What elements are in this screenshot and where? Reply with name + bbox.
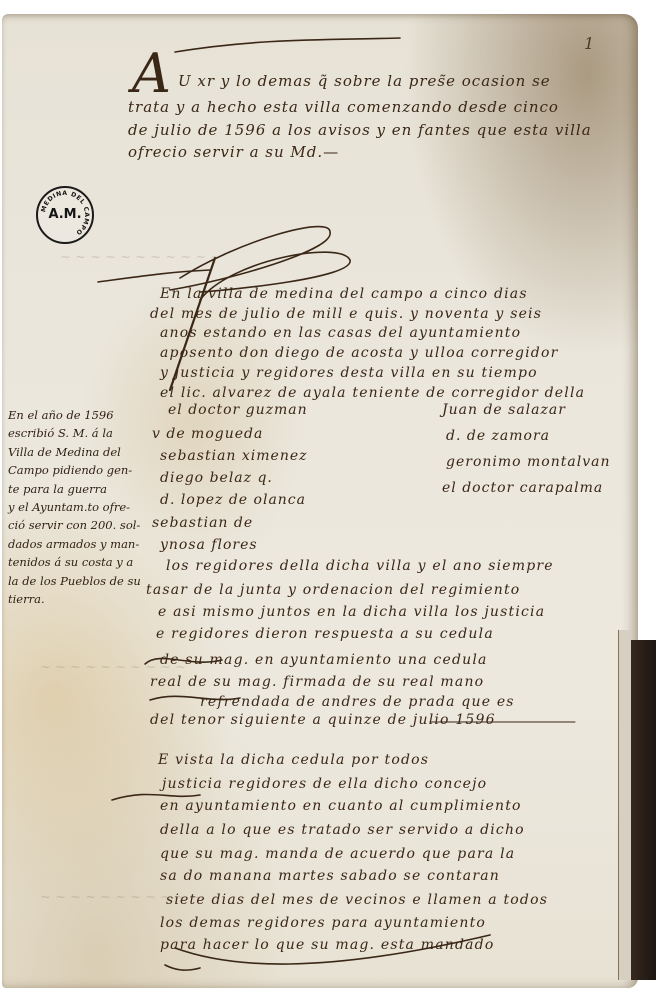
body-line: e asi mismo juntos en la dicha villa los… [158,604,545,620]
body-line: y justicia y regidores desta villa en su… [160,365,538,381]
heading-line: ofrecio servir a su Md.— [128,143,339,161]
folio-number: 1 [584,34,594,53]
attendee-name: ynosa flores [160,537,258,553]
heading-line: de julio de 1596 a los avisos y en fante… [128,121,592,139]
heading-line: trata y a hecho esta villa comenzando de… [128,98,559,116]
body-line: de su mag. en ayuntamiento una cedula [160,652,488,668]
body-line: real de su mag. firmada de su real mano [150,674,484,690]
attendee-name: d. lopez de olanca [160,492,306,508]
attendee-name: v de mogueda [152,426,263,442]
body-line: della a lo que es tratado ser servido a … [160,822,525,838]
body-line: justicia regidores de ella dicho concejo [162,776,487,792]
attendee-name: geronimo montalvan [446,454,610,470]
archive-stamp: MEDINA DEL CAMPO A.M. [36,186,94,244]
body-line: del tenor siguiente a quinze de julio 15… [150,712,496,728]
attendee-name: sebastian ximenez [160,448,308,464]
margin-line: ció servir con 200. sol- [8,516,148,534]
margin-line: tierra. [8,590,148,608]
attendee-name: diego belaz q. [160,470,273,486]
margin-line: escribió S. M. á la [8,424,148,442]
margin-line: y el Ayuntam.to ofre- [8,498,148,516]
body-line: los demas regidores para ayuntamiento [160,915,486,931]
margin-line: Villa de Medina del [8,443,148,461]
margin-line: te para la guerra [8,480,148,498]
body-line: E vista la dicha cedula por todos [158,752,429,768]
margin-line: Campo pidiendo gen- [8,461,148,479]
body-line: que su mag. manda de acuerdo que para la [160,846,515,862]
stamp-initials: A.M. [38,207,92,222]
body-line: en ayuntamiento en cuanto al cumplimient… [160,798,522,814]
attendee-name: Juan de salazar [442,402,566,418]
body-line: del mes de julio de mill e quis. y noven… [150,306,542,322]
attendee-name: sebastian de [152,515,253,531]
margin-line: la de los Pueblos de su [8,572,148,590]
margin-annotation: En el año de 1596 escribió S. M. á la Vi… [8,406,148,608]
body-line: los regidores della dicha villa y el ano… [166,558,554,574]
heading-initial: A [132,42,171,105]
body-line: e regidores dieron respuesta a su cedula [156,626,494,642]
body-line: refrendada de andres de prada que es [200,694,515,710]
attendee-name: d. de zamora [446,428,550,444]
attendee-name: el doctor carapalma [442,480,603,496]
margin-line: tenidos á su costa y a [8,553,148,571]
margin-line: En el año de 1596 [8,406,148,424]
body-line: para hacer lo que su mag. esta mandado [160,937,494,953]
body-line: anos estando en las casas del ayuntamien… [160,325,521,341]
margin-line: dados armados y man- [8,535,148,553]
heading-line: U xr y lo demas q̃ sobre la pres̃e ocasi… [178,72,551,90]
body-line: el lic. alvarez de ayala teniente de cor… [160,385,585,401]
body-line: En la villa de medina del campo a cinco … [160,286,528,302]
attendee-name: el doctor guzman [168,402,308,418]
body-line: sa do manana martes sabado se contaran [160,868,500,884]
body-line: aposento don diego de acosta y ulloa cor… [160,345,559,361]
body-line: siete dias del mes de vecinos e llamen a… [166,892,548,908]
body-line: tasar de la junta y ordenacion del regim… [146,582,520,598]
